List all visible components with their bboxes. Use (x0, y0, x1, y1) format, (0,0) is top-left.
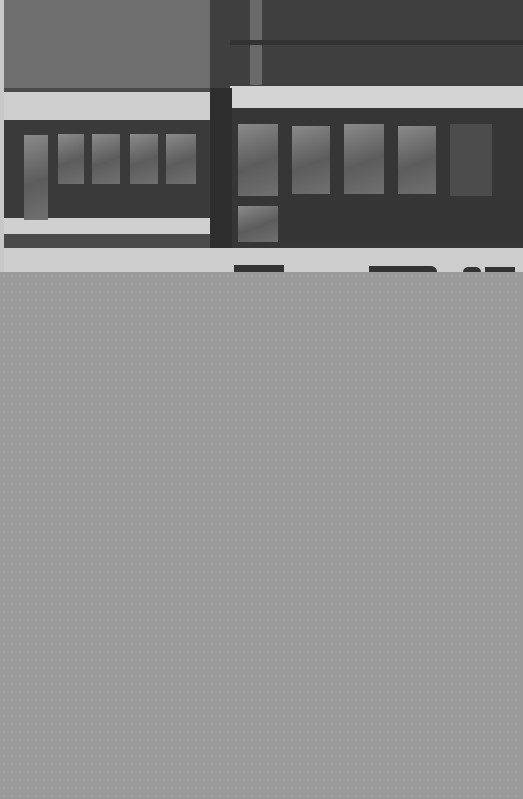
window-pane (238, 206, 278, 242)
window-pane (344, 124, 384, 194)
upper-wall-left (4, 0, 210, 88)
window-pane (92, 134, 120, 184)
band-right-upper (230, 86, 523, 108)
sign-shape (234, 265, 284, 272)
spandrel-right (280, 200, 523, 242)
window-pane (166, 134, 196, 184)
band-left-upper (4, 92, 210, 120)
window-pane (398, 126, 436, 194)
window-pane (292, 126, 330, 194)
blank-gray-area (0, 272, 523, 799)
window-pane (24, 135, 48, 220)
window-pane (58, 134, 84, 184)
window-pane (450, 124, 492, 196)
building-photo (0, 0, 523, 272)
window-pane (130, 134, 158, 184)
central-pier (210, 88, 232, 248)
window-pane (238, 124, 278, 196)
upper-ledge (230, 40, 523, 45)
band-left-lower (4, 218, 210, 234)
